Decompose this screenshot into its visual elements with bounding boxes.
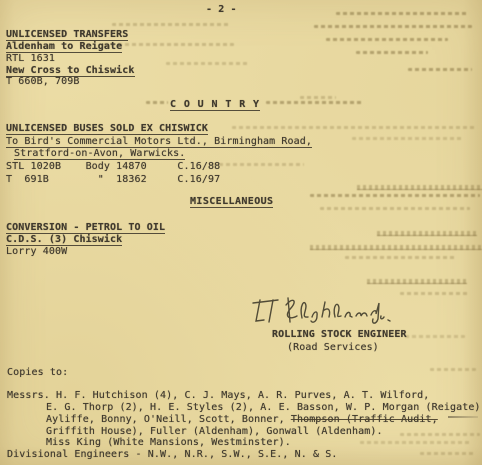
bleed-through-mark (360, 441, 472, 444)
memo-page: - 2 - UNLICENSED TRANSFERS Aldenham to R… (0, 0, 482, 465)
section-heading-country: C O U N T R Y (170, 99, 260, 111)
section-heading-unlicensed-transfers: UNLICENSED TRANSFERS (6, 29, 128, 41)
copies-line-2: E. G. Thorp (2), H. E. Styles (2), A. E.… (46, 402, 481, 413)
bleed-through-mark (367, 279, 467, 284)
bleed-through-mark (266, 101, 362, 104)
copies-line-1: Messrs. H. F. Hutchison (4), C. J. Mays,… (7, 390, 429, 401)
bleed-through-mark (166, 62, 250, 65)
bleed-through-mark (352, 137, 462, 140)
signoff-role: ROLLING STOCK ENGINEER (272, 329, 407, 340)
bleed-through-mark (400, 433, 480, 436)
bleed-through-mark (104, 43, 234, 46)
bleed-through-mark (112, 23, 230, 26)
transfer-fleet-rtl1631: RTL 1631 (6, 53, 55, 64)
bleed-through-mark (320, 207, 470, 210)
transfer-route-aldenham-reigate: Aldenham to Reigate (6, 41, 122, 53)
copies-line-3: Ayliffe, Bonny, O'Neill, Scott, Bonner, … (46, 414, 438, 425)
conversion-unit: C.D.S. (3) Chiswick (6, 234, 122, 246)
sold-bus-row-t691b: T 691B " 18362 C.16/97 (6, 174, 220, 185)
bleed-through-mark (408, 68, 472, 71)
bleed-through-mark (300, 96, 336, 99)
bleed-through-mark (310, 245, 482, 250)
bleed-through-mark (336, 12, 468, 15)
conversion-heading: CONVERSION - PETROL TO OIL (6, 222, 165, 234)
page-number: - 2 - (206, 4, 237, 15)
bleed-through-mark (377, 231, 477, 236)
bleed-through-mark (430, 368, 476, 371)
bleed-through-mark (326, 38, 448, 41)
bleed-through-mark (310, 194, 480, 197)
copies-line-divisional-engineers: Divisional Engineers - N.W., N.R., S.W.,… (7, 449, 338, 460)
copies-line-5: Miss King (White Mansions, Westminster). (46, 437, 291, 448)
sold-bus-row-stl1020b: STL 1020B Body 14870 C.16/88 (6, 161, 220, 172)
bleed-through-mark (405, 335, 465, 338)
bleed-through-mark (314, 25, 472, 28)
copies-line-4: Griffith House), Fuller (Aldenham), Gonw… (46, 426, 383, 437)
signoff-dept: (Road Services) (287, 342, 379, 353)
bleed-through-mark (356, 51, 428, 54)
bleed-through-mark (400, 292, 470, 295)
transfer-fleet-t660b-709b: T 660B, 709B (6, 76, 79, 87)
pencil-annotation-mark (448, 416, 478, 418)
conversion-vehicle: Lorry 400W (6, 246, 67, 257)
copies-line-3-struck-names: Thompson (Traffic Audit, (291, 414, 438, 425)
bleed-through-mark (420, 452, 475, 455)
copies-label: Copies to: (7, 367, 68, 378)
bleed-through-mark (212, 163, 304, 166)
section-heading-buses-sold: UNLICENSED BUSES SOLD EX CHISWICK (6, 123, 208, 135)
bleed-through-mark (345, 256, 455, 259)
bleed-through-mark (357, 185, 482, 190)
section-heading-miscellaneous: MISCELLANEOUS (190, 196, 273, 208)
bleed-through-mark (146, 101, 168, 104)
bleed-through-mark (232, 126, 476, 129)
buyer-address-line2: Stratford-on-Avon, Warwicks. (14, 148, 185, 160)
handwritten-signature (250, 295, 395, 329)
buyer-address-line1: To Bird's Commercial Motors Ltd., Birmin… (6, 136, 312, 148)
copies-line-3-names: Ayliffe, Bonny, O'Neill, Scott, Bonner, (46, 414, 291, 425)
